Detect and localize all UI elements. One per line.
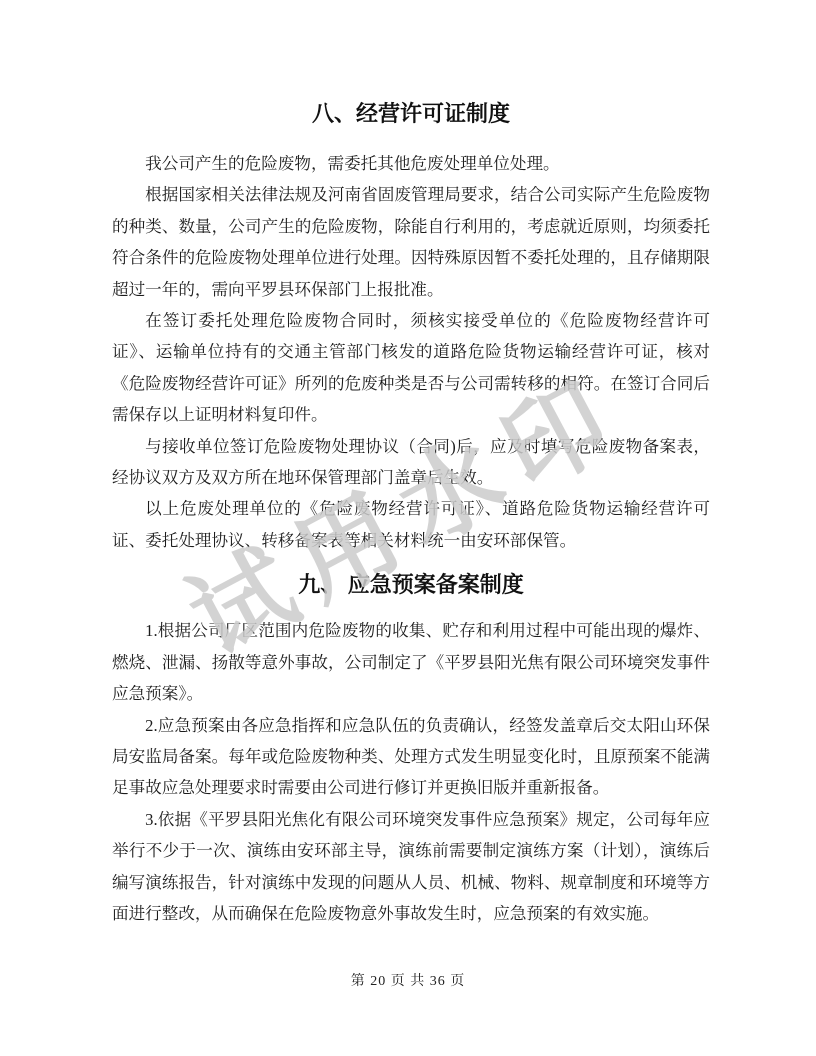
section-9-paragraph-2: 2.应急预案由各应急指挥和应急队伍的负责确认，经签发盖章后交太阳山环保局安监局备…: [112, 710, 710, 804]
page-number-footer: 第 20 页 共 36 页: [0, 970, 816, 990]
document-page: 试用水印 八、经营许可证制度 我公司产生的危险废物，需委托其他危废处理单位处理。…: [0, 0, 816, 1056]
section-8-paragraph-1: 我公司产生的危险废物，需委托其他危废处理单位处理。: [112, 148, 710, 179]
section-8-paragraph-4: 与接收单位签订危险废物处理协议（合同)后，应及时填写危险废物备案表，经协议双方及…: [112, 431, 710, 494]
section-8-paragraph-3: 在签订委托处理危险废物合同时，须核实接受单位的《危险废物经营许可证》、运输单位持…: [112, 305, 710, 431]
section-9-paragraph-1: 1.根据公司厂区范围内危险废物的收集、贮存和利用过程中可能出现的爆炸、燃烧、泄漏…: [112, 615, 710, 709]
section-9-heading: 九、 应急预案备案制度: [112, 570, 710, 600]
document-body: 八、经营许可证制度 我公司产生的危险废物，需委托其他危废处理单位处理。 根据国家…: [0, 0, 710, 929]
section-8-heading: 八、经营许可证制度: [112, 99, 710, 129]
section-8-paragraph-2: 根据国家相关法律法规及河南省固废管理局要求，结合公司实际产生危险废物的种类、数量…: [112, 179, 710, 305]
section-9-paragraph-3: 3.依据《平罗县阳光焦化有限公司环境突发事件应急预案》规定，公司每年应举行不少于…: [112, 804, 710, 930]
section-8-paragraph-5: 以上危废处理单位的《危险废物经营许可证》、道路危险货物运输经营许可证、委托处理协…: [112, 493, 710, 556]
